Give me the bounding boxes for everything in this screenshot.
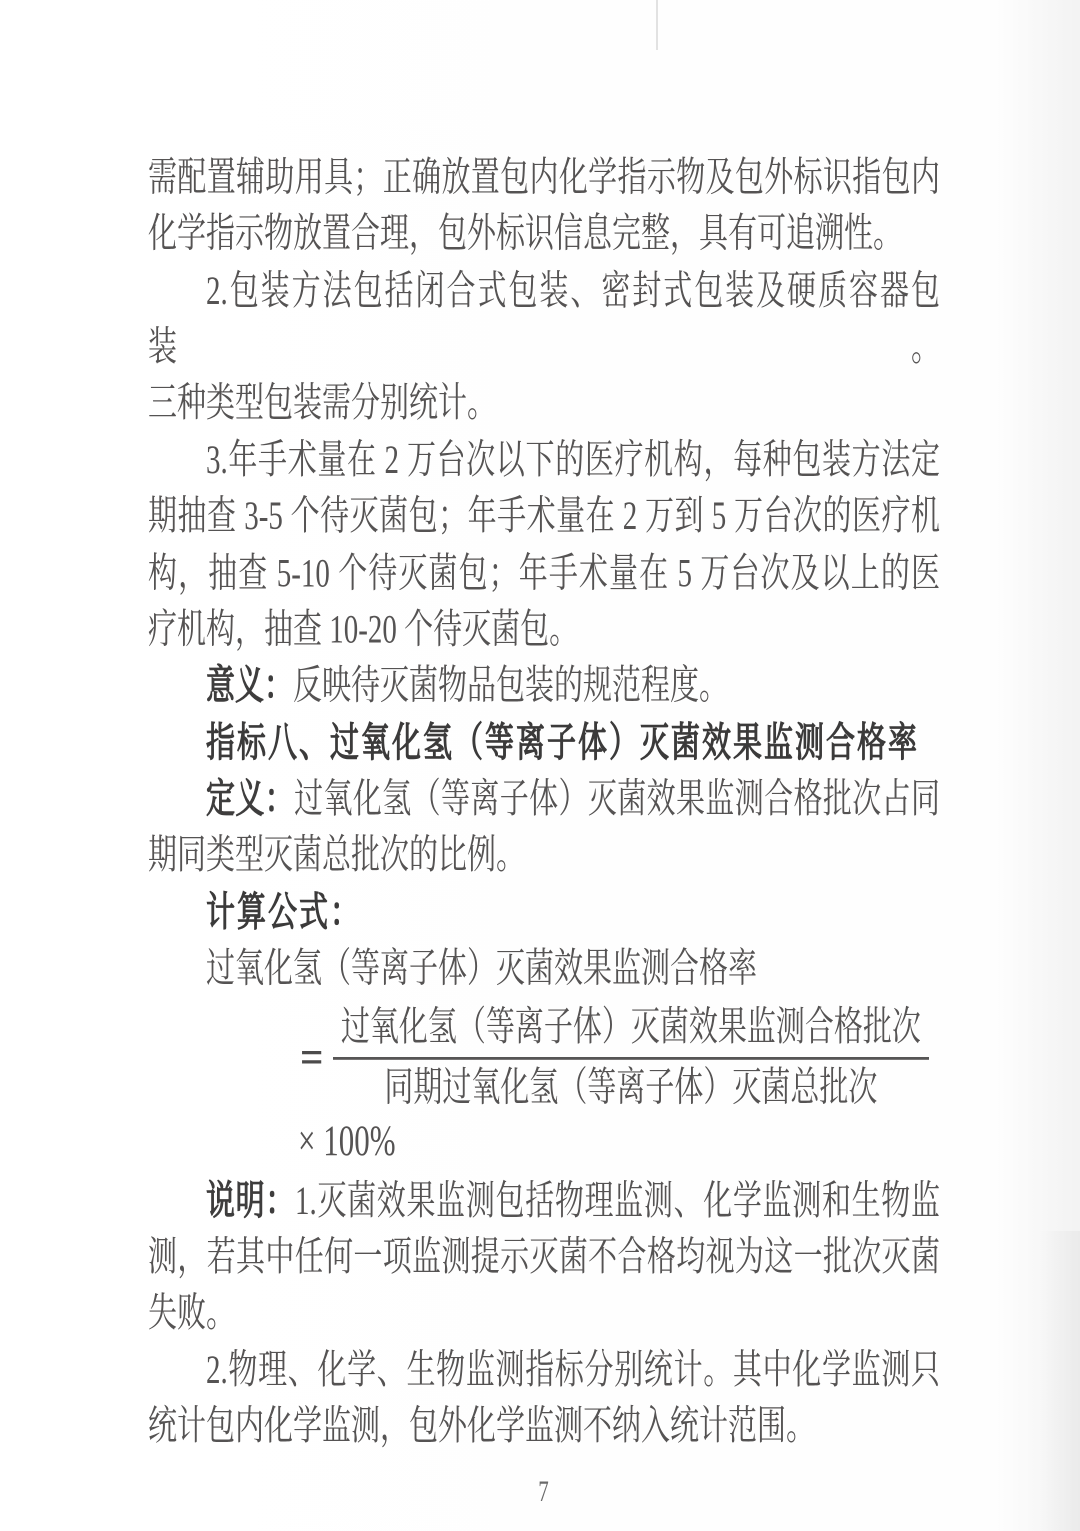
equals-sign: = — [300, 1030, 324, 1087]
body-line: 期抽查 3-5 个待灭菌包；年手术量在 2 万到 5 万台次的医疗机 — [148, 489, 940, 546]
significance-line: 意义：反映待灭菌物品包装的规范程度。 — [148, 658, 940, 715]
body-line: 三种类型包装需分别统计。 — [148, 376, 940, 433]
notes-line: 说明：1.灭菌效果监测包括物理监测、化学监测和生物监 — [148, 1173, 940, 1230]
body-line: 构，抽查 5-10 个待灭菌包；年手术量在 5 万台次及以上的医 — [148, 545, 940, 602]
body-line: 需配置辅助用具；正确放置包内化学指示物及包外标识指包内 — [148, 150, 940, 207]
body-line: 化学指示物放置合理，包外标识信息完整，具有可追溯性。 — [148, 206, 940, 263]
body-line-note-2: 2.物理、化学、生物监测指标分别统计。其中化学监测只 — [148, 1342, 940, 1399]
definition-text: 过氧化氢（等离子体）灭菌效果监测合格批次占同 — [294, 777, 940, 822]
formula-fraction-row: = 过氧化氢（等离子体）灭菌效果监测合格批次 同期过氧化氢（等离子体）灭菌总批次 — [300, 1003, 940, 1114]
scan-edge-shadow — [1040, 1231, 1080, 1531]
section-heading-indicator-8: 指标八、过氧化氢（等离子体）灭菌效果监测合格率 — [148, 715, 940, 772]
body-line: 期同类型灭菌总批次的比例。 — [148, 828, 940, 885]
definition-line: 定义：过氧化氢（等离子体）灭菌效果监测合格批次占同 — [148, 771, 940, 828]
fraction-numerator: 过氧化氢（等离子体）灭菌效果监测合格批次 — [333, 1003, 929, 1060]
significance-text: 反映待灭菌物品包装的规范程度。 — [293, 664, 728, 709]
fraction-denominator: 同期过氧化氢（等离子体）灭菌总批次 — [333, 1060, 929, 1113]
page-number: 7 — [148, 1462, 940, 1519]
body-line: 测，若其中任何一项监测提示灭菌不合格均视为这一批次灭菌 — [148, 1229, 940, 1286]
fraction: 过氧化氢（等离子体）灭菌效果监测合格批次 同期过氧化氢（等离子体）灭菌总批次 — [333, 1003, 929, 1114]
significance-label: 意义： — [206, 664, 293, 709]
body-line: 疗机构，抽查 10-20 个待灭菌包。 — [148, 602, 940, 659]
body-line-item-2: 2.包装方法包括闭合式包装、密封式包装及硬质容器包装。 — [148, 263, 940, 376]
document-text-block: 需配置辅助用具；正确放置包内化学指示物及包外标识指包内 化学指示物放置合理，包外… — [148, 0, 940, 1519]
formula-heading: 计算公式： — [148, 884, 940, 941]
notes-label: 说明： — [206, 1178, 295, 1223]
formula-intro-line: 过氧化氢（等离子体）灭菌效果监测合格率 — [148, 941, 940, 998]
body-line: 统计包内化学监测，包外化学监测不纳入统计范围。 — [148, 1399, 940, 1456]
formula-multiplier: × 100% — [298, 1114, 940, 1171]
scanned-document-page: { "lines": [ { "text": "需配置辅助用具；正确放置包内化学… — [0, 0, 1080, 1531]
definition-label: 定义： — [206, 777, 294, 822]
notes-text: 1.灭菌效果监测包括物理监测、化学监测和生物监 — [295, 1178, 940, 1223]
body-line: 失败。 — [148, 1286, 940, 1343]
body-line-item-3: 3.年手术量在 2 万台次以下的医疗机构，每种包装方法定 — [148, 432, 940, 489]
